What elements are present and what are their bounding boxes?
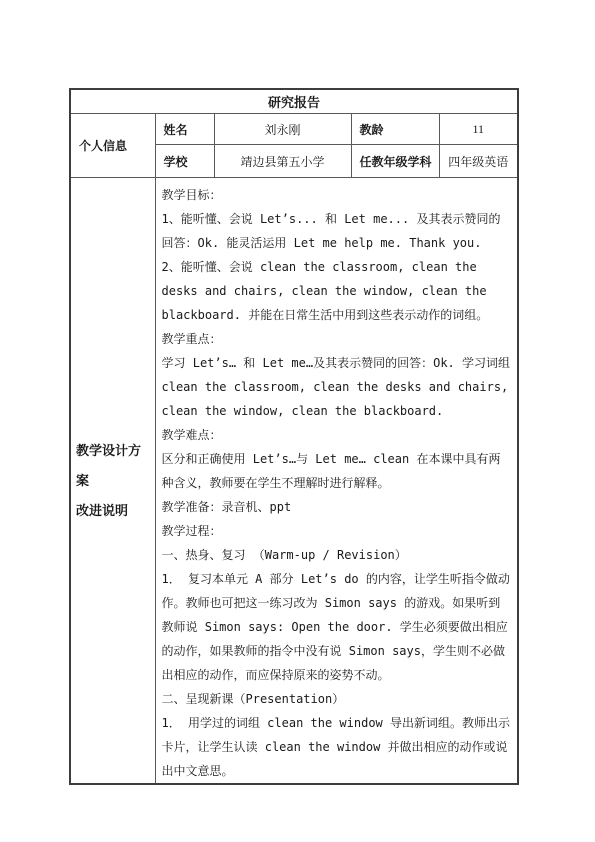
- paragraph-warmup-heading: 一、热身、复习 （Warm-up / Revision）: [162, 543, 513, 567]
- grade-subject-value: 四年级英语: [439, 145, 518, 178]
- grade-subject-field-label: 任教年级学科: [351, 145, 439, 178]
- personal-info-section-label: 个人信息: [70, 114, 155, 178]
- paragraph-key-points-heading: 教学重点：: [162, 327, 513, 351]
- name-value: 刘永刚: [214, 114, 351, 145]
- name-field-label: 姓名: [155, 114, 214, 145]
- design-section-label-line2: 改进说明: [76, 496, 151, 526]
- paragraph-goal-1: 1、能听懂、会说 Let’s... 和 Let me... 及其表示赞同的回答：…: [162, 207, 513, 255]
- school-field-label: 学校: [155, 145, 214, 178]
- design-section-label: 教学设计方案 改进说明: [70, 178, 155, 785]
- paragraph-presentation-heading: 二、呈现新课（Presentation）: [162, 687, 513, 711]
- table-row-personal-1: 个人信息 姓名 刘永刚 教龄 11: [70, 114, 518, 145]
- paragraph-key-points-body: 学习 Let’s… 和 Let me…及其表示赞同的回答：Ok. 学习词组 cl…: [162, 351, 513, 423]
- design-section-content: 教学目标： 1、能听懂、会说 Let’s... 和 Let me... 及其表示…: [155, 178, 518, 785]
- document-page: 研究报告 个人信息 姓名 刘永刚 教龄 11 学校 靖边县第五小学 任教年级学科…: [0, 0, 595, 842]
- paragraph-presentation-step-1: 1． 用学过的词组 clean the window 导出新词组。教师出示卡片，…: [162, 711, 513, 783]
- teaching-age-field-label: 教龄: [351, 114, 439, 145]
- table-row-design: 教学设计方案 改进说明 教学目标： 1、能听懂、会说 Let’s... 和 Le…: [70, 178, 518, 785]
- paragraph-difficulties-body: 区分和正确使用 Let’s…与 Let me… clean 在本课中具有两种含义…: [162, 447, 513, 495]
- report-table: 研究报告 个人信息 姓名 刘永刚 教龄 11 学校 靖边县第五小学 任教年级学科…: [69, 88, 519, 785]
- school-value: 靖边县第五小学: [214, 145, 351, 178]
- teaching-age-value: 11: [439, 114, 518, 145]
- report-title: 研究报告: [70, 89, 518, 114]
- paragraph-difficulties-heading: 教学难点：: [162, 423, 513, 447]
- paragraph-preparation: 教学准备：录音机、ppt: [162, 495, 513, 519]
- paragraph-warmup-step-1: 1． 复习本单元 A 部分 Let’s do 的内容，让学生听指令做动作。教师也…: [162, 567, 513, 687]
- paragraph-process-heading: 教学过程：: [162, 519, 513, 543]
- design-section-label-line1: 教学设计方案: [76, 436, 151, 496]
- table-row-title: 研究报告: [70, 89, 518, 114]
- paragraph-teaching-goals-heading: 教学目标：: [162, 183, 513, 207]
- paragraph-goal-2: 2、能听懂、会说 clean the classroom, clean the …: [162, 255, 513, 327]
